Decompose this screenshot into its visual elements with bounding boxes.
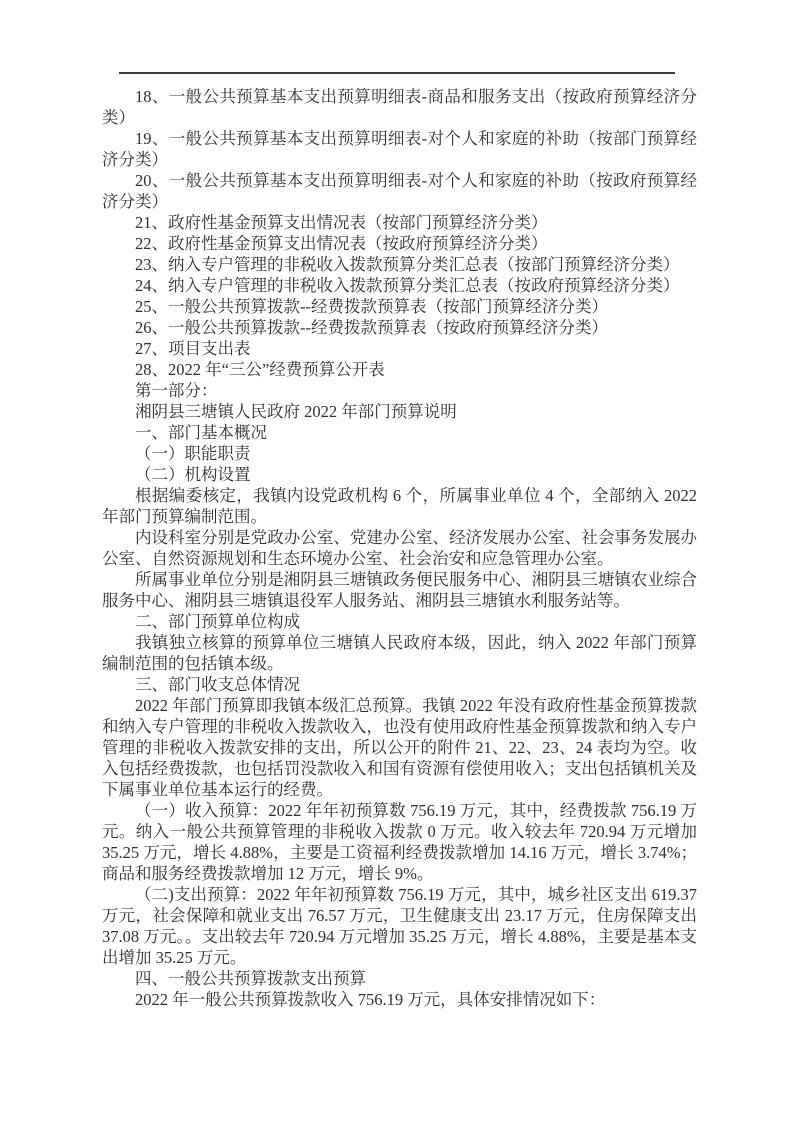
- paragraph: 26、一般公共预算拨款--经费拨款预算表（按政府预算经济分类）: [102, 317, 697, 338]
- paragraph: 21、政府性基金预算支出情况表（按部门预算经济分类）: [102, 212, 697, 233]
- document-page: 18、一般公共预算基本支出预算明细表-商品和服务支出（按政府预算经济分类）19、…: [0, 0, 793, 1122]
- paragraph: 根据编委核定，我镇内设党政机构 6 个，所属事业单位 4 个，全部纳入 2022…: [102, 485, 697, 527]
- paragraph: 2022 年一般公共预算拨款收入 756.19 万元，具体安排情况如下：: [102, 989, 697, 1010]
- paragraph: 19、一般公共预算基本支出预算明细表-对个人和家庭的补助（按部门预算经济分类）: [102, 128, 697, 170]
- document-body: 18、一般公共预算基本支出预算明细表-商品和服务支出（按政府预算经济分类）19、…: [102, 86, 697, 1010]
- header-rule-divider: [119, 72, 675, 74]
- paragraph: 湘阴县三塘镇人民政府 2022 年部门预算说明: [102, 401, 697, 422]
- paragraph: 20、一般公共预算基本支出预算明细表-对个人和家庭的补助（按政府预算经济分类）: [102, 170, 697, 212]
- paragraph: 2022 年部门预算即我镇本级汇总预算。我镇 2022 年没有政府性基金预算拨款…: [102, 695, 697, 800]
- paragraph: 22、政府性基金预算支出情况表（按政府预算经济分类）: [102, 233, 697, 254]
- paragraph: 25、一般公共预算拨款--经费拨款预算表（按部门预算经济分类）: [102, 296, 697, 317]
- paragraph: 二、部门预算单位构成: [102, 611, 697, 632]
- paragraph: 一、部门基本概况: [102, 422, 697, 443]
- paragraph: 我镇独立核算的预算单位三塘镇人民政府本级，因此，纳入 2022 年部门预算编制范…: [102, 632, 697, 674]
- paragraph: 所属事业单位分别是湘阴县三塘镇政务便民服务中心、湘阴县三塘镇农业综合服务中心、湘…: [102, 569, 697, 611]
- paragraph: 23、纳入专户管理的非税收入拨款预算分类汇总表（按部门预算经济分类）: [102, 254, 697, 275]
- paragraph: （一）职能职责: [102, 443, 697, 464]
- paragraph: （二)支出预算：2022 年年初预算数 756.19 万元，其中，城乡社区支出 …: [102, 884, 697, 968]
- paragraph: 27、项目支出表: [102, 338, 697, 359]
- paragraph: （一）收入预算：2022 年年初预算数 756.19 万元，其中，经费拨款 75…: [102, 800, 697, 884]
- paragraph: 第一部分：: [102, 380, 697, 401]
- paragraph: 28、2022 年“三公”经费预算公开表: [102, 359, 697, 380]
- paragraph: 内设科室分别是党政办公室、党建办公室、经济发展办公室、社会事务发展办公室、自然资…: [102, 527, 697, 569]
- paragraph: 24、纳入专户管理的非税收入拨款预算分类汇总表（按政府预算经济分类）: [102, 275, 697, 296]
- paragraph: （二）机构设置: [102, 464, 697, 485]
- paragraph: 四、一般公共预算拨款支出预算: [102, 968, 697, 989]
- paragraph: 三、部门收支总体情况: [102, 674, 697, 695]
- paragraph: 18、一般公共预算基本支出预算明细表-商品和服务支出（按政府预算经济分类）: [102, 86, 697, 128]
